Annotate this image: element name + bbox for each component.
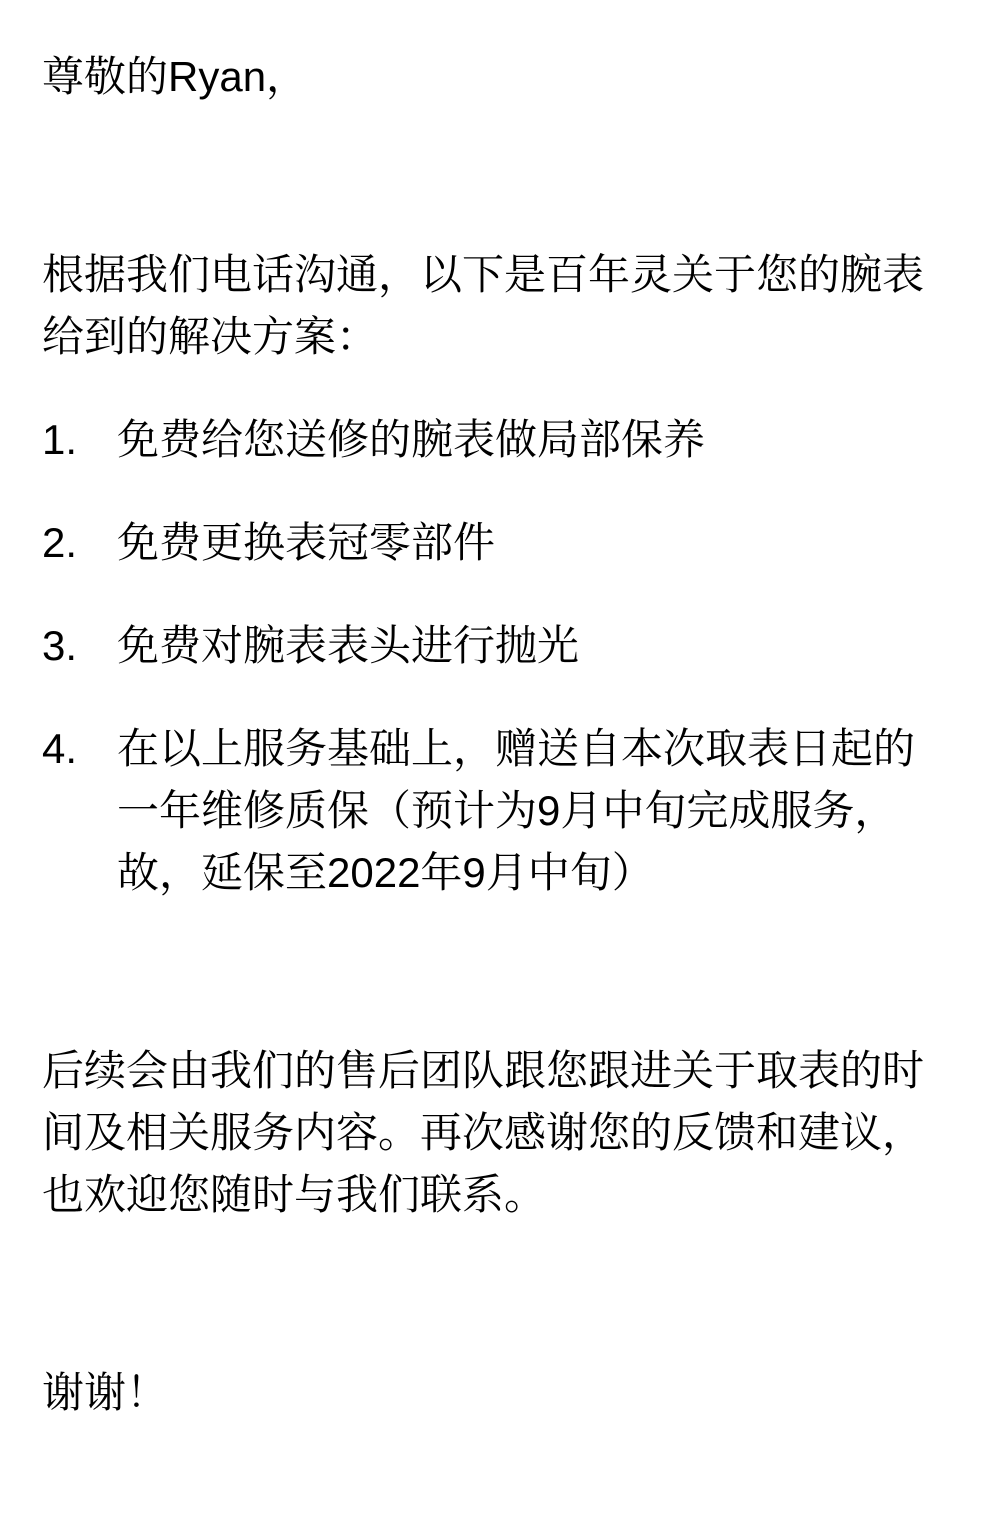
closing-line: 谢谢！: [42, 1362, 942, 1424]
greeting-line: 尊敬的Ryan，: [42, 46, 942, 108]
list-item-text: 免费更换表冠零部件: [117, 512, 942, 574]
intro-paragraph: 根据我们电话沟通，以下是百年灵关于您的腕表给到的解决方案：: [42, 244, 942, 368]
list-item-number: 2.: [42, 512, 117, 574]
followup-paragraph: 后续会由我们的售后团队跟您跟进关于取表的时间及相关服务内容。再次感谢您的反馈和建…: [42, 1040, 942, 1226]
list-item: 4. 在以上服务基础上，赠送自本次取表日起的一年维修质保（预计为9月中旬完成服务…: [42, 718, 942, 904]
list-item-text: 在以上服务基础上，赠送自本次取表日起的一年维修质保（预计为9月中旬完成服务，故，…: [117, 718, 942, 904]
list-item: 1. 免费给您送修的腕表做局部保养: [42, 409, 942, 471]
list-item-number: 4.: [42, 718, 117, 780]
list-item-text: 免费对腕表表头进行抛光: [117, 615, 942, 677]
list-item: 2. 免费更换表冠零部件: [42, 512, 942, 574]
list-item-number: 3.: [42, 615, 117, 677]
list-item: 3. 免费对腕表表头进行抛光: [42, 615, 942, 677]
list-item-number: 1.: [42, 409, 117, 471]
list-item-text: 免费给您送修的腕表做局部保养: [117, 409, 942, 471]
document-page: 尊敬的Ryan， 根据我们电话沟通，以下是百年灵关于您的腕表给到的解决方案： 1…: [0, 0, 1000, 1536]
solution-list: 1. 免费给您送修的腕表做局部保养 2. 免费更换表冠零部件 3. 免费对腕表表…: [42, 409, 942, 904]
